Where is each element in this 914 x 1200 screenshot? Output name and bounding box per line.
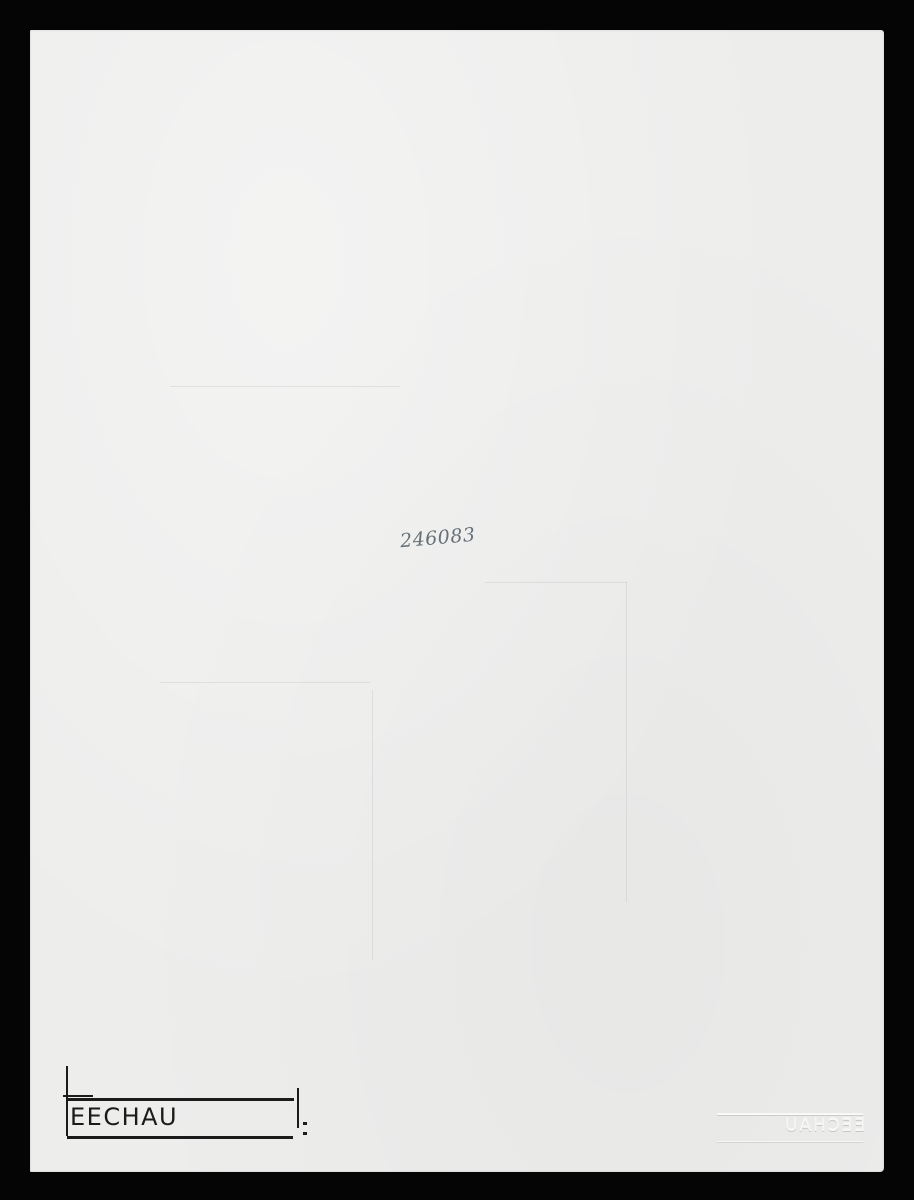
logo-wordmark: EECHAU [70, 1105, 178, 1129]
logo-right-bar [297, 1088, 299, 1128]
show-through-line [485, 582, 627, 583]
logo-bottom-rule [67, 1136, 293, 1139]
logo-top-rule [66, 1098, 294, 1101]
show-through-line [170, 386, 400, 387]
emboss-bottom-rule [717, 1141, 863, 1142]
logo-crosshair-tick [63, 1095, 93, 1097]
show-through-line [160, 682, 370, 683]
logo-dot [303, 1122, 307, 1125]
emboss-wordmark: EECHAU [783, 1118, 865, 1135]
logo-vertical-bar [66, 1066, 68, 1136]
photo-back-paper [30, 30, 884, 1172]
logo-dot [303, 1132, 307, 1135]
printed-studio-logo: EECHAU [63, 1066, 313, 1146]
show-through-line [372, 690, 373, 960]
show-through-line [626, 582, 627, 902]
emboss-top-rule [717, 1113, 863, 1115]
embossed-studio-logo: EECHAU [713, 1103, 873, 1151]
